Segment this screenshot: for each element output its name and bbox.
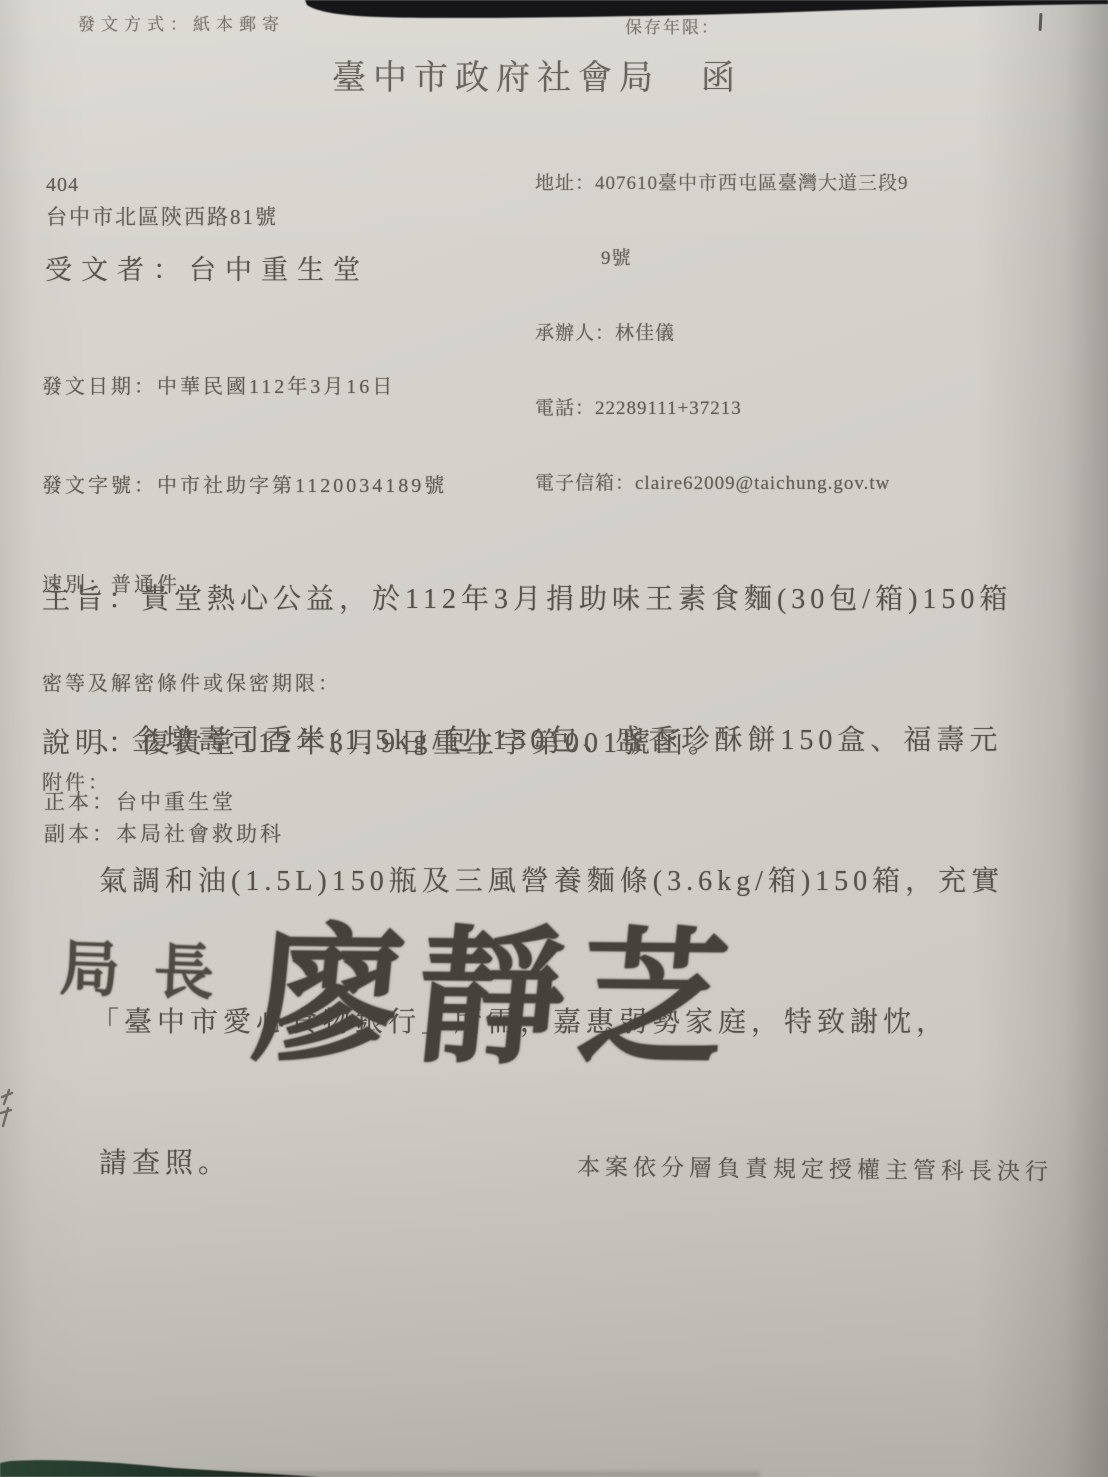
document-title: 臺中市政府社會局 函: [332, 50, 742, 99]
delegation-note: 本案依分層負責規定授權主管科長決行: [577, 1149, 1053, 1187]
issue-date: 發文日期：中華民國112年3月16日: [42, 371, 447, 404]
photographed-official-letter: 發文方式：紙本郵寄 保存年限： 臺中市政府社會局 函 地址：407610臺中市西…: [0, 0, 1108, 1477]
original-copy-line: 正本：台中重生堂: [44, 786, 236, 816]
agency-address-line1: 地址：407610臺中市西屯區臺灣大道三段9: [535, 171, 909, 196]
explanation-line: 說明：復貴堂112年3月9日重生字第001號函。: [42, 721, 721, 761]
dark-object-top-edge: [0, 0, 1108, 26]
table-edge-shadow: [200, 1472, 760, 1477]
edge-glyph-fragment: [0, 1088, 16, 1130]
pen-mark: [1039, 13, 1043, 31]
signature-title-director: 局長: [59, 921, 250, 1014]
agency-officer: 承辦人：林佳儀: [535, 321, 909, 346]
agency-phone: 電話：22289111+37213: [535, 396, 909, 421]
signature-name: 廖靜芝: [246, 878, 753, 1095]
cc-copy-line: 副本：本局社會救助科: [44, 818, 284, 848]
subject-line: 主旨：貴堂熱心公益，於112年3月捐助味王素食麵(30包/箱)150箱: [42, 576, 1092, 623]
recipient-address: 台中市北區陝西路81號: [46, 201, 278, 231]
recipient-line: 受文者：台中重生堂: [45, 248, 369, 287]
recipient-postal-code: 404: [46, 174, 79, 197]
agency-address-line2: 9號: [535, 246, 909, 271]
